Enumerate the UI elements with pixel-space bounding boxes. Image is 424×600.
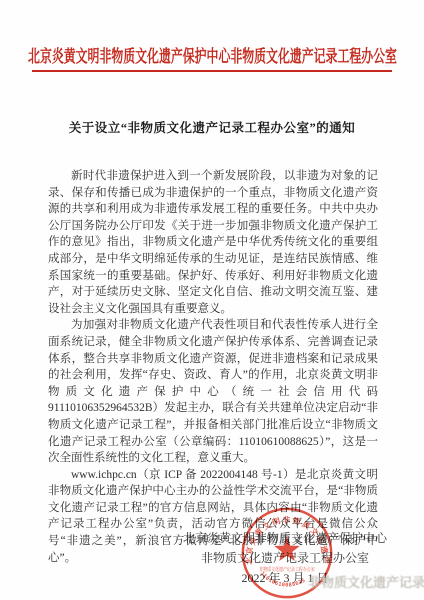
letterhead-org-name: 北京炎黄文明非物质文化遗产保护中心非物质文化遗产记录工程办公室 (28, 42, 397, 67)
seal-star-icon (274, 537, 300, 561)
letterhead: 北京炎黄文明非物质文化遗产保护中心非物质文化遗产记录工程办公室 (0, 42, 424, 67)
letterhead-divider (32, 70, 392, 72)
paragraph-2: 为加强对非物质文化遗产代表性项目和代表性传承人进行全面系统记录，健全非物质文化遗… (48, 317, 378, 466)
svg-text:11010610088625: 11010610088625 (259, 571, 307, 589)
seal-code-text: 11010610088625 (259, 571, 307, 589)
document-page: 北京炎黄文明非物质文化遗产保护中心非物质文化遗产记录工程办公室 关于设立“非物质… (0, 0, 424, 600)
document-title: 关于设立“非物质文化遗产记录工程办公室”的通知 (0, 118, 424, 136)
paragraph-1: 新时代非遗保护进入到一个新发展阶段，以非遗为对象的记录、保存和传播已成为非遗保护… (48, 168, 378, 317)
seal-office-text: 非物质文化遗产记录工程办公室 (259, 566, 315, 573)
watermark-text: 非物质文化遗产记录 (308, 572, 424, 591)
